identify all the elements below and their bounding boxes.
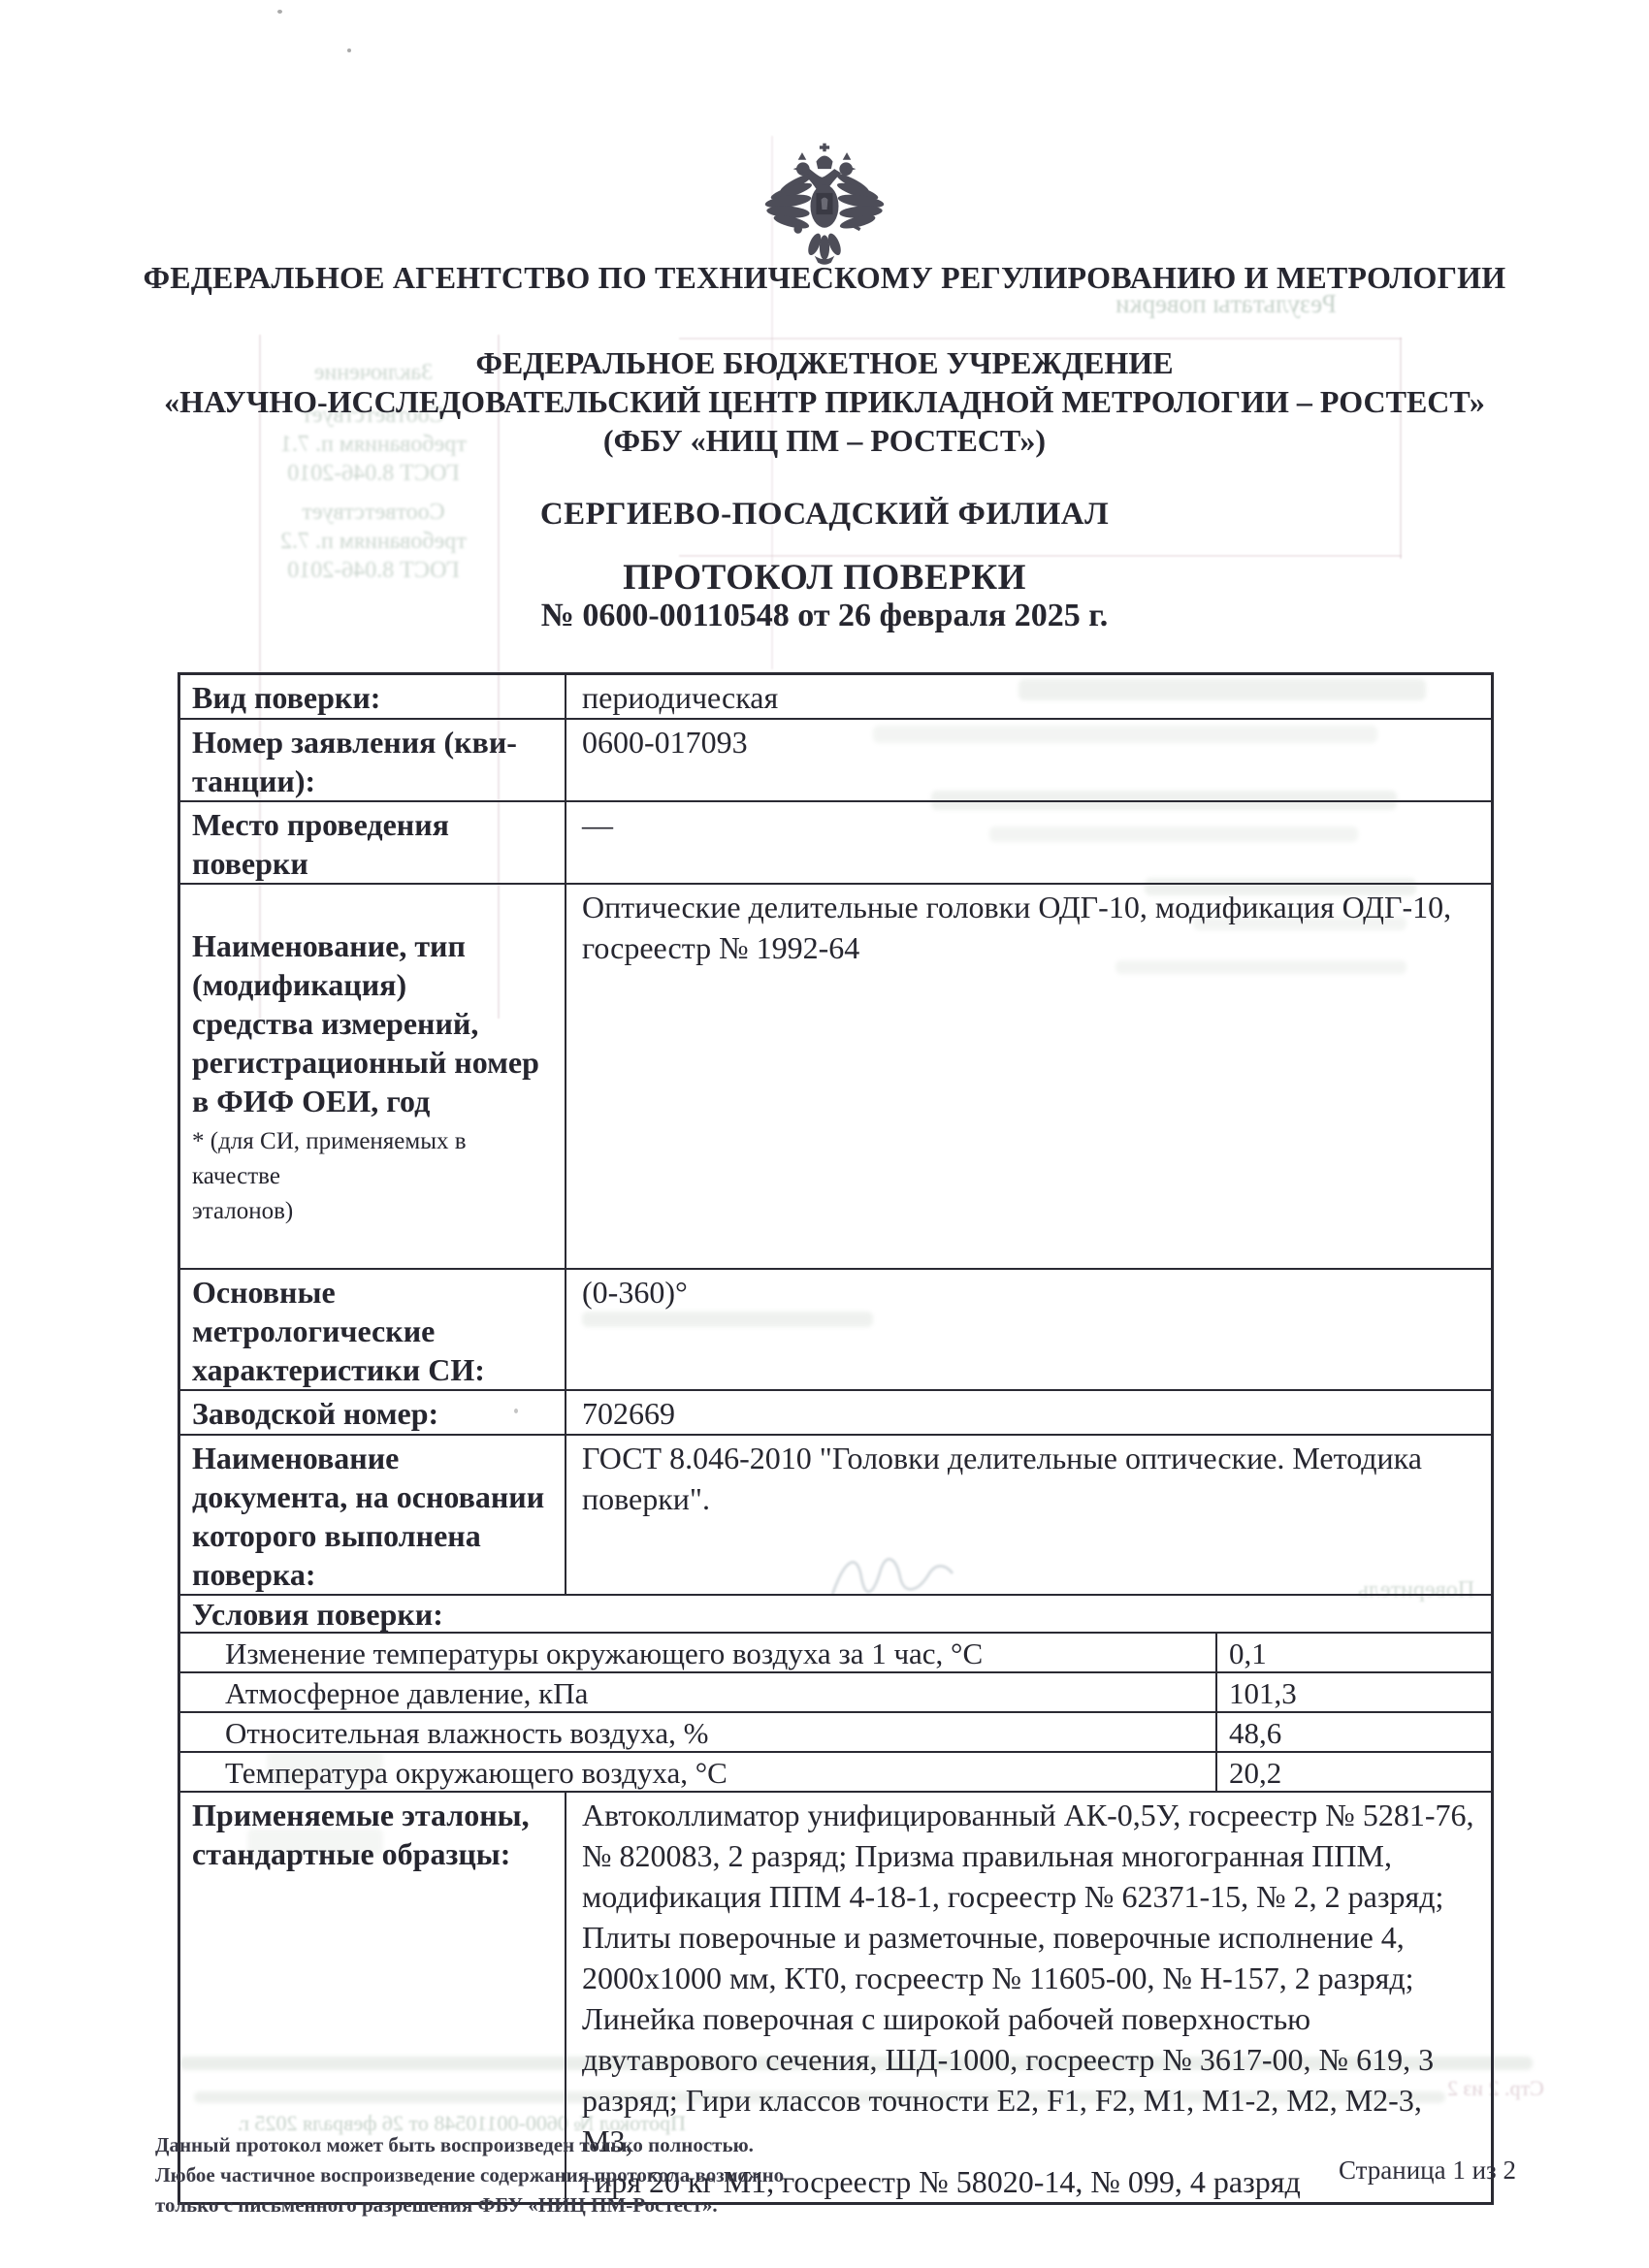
table-row: Основные метрологические характеристики …	[180, 1268, 1491, 1389]
condition-value: 0,1	[1217, 1634, 1491, 1671]
row-label: Основные метрологические характеристики …	[180, 1270, 566, 1389]
conditions-header-row: Условия поверки:	[180, 1594, 1491, 1632]
table-row: Вид поверки: периодическая	[180, 675, 1491, 718]
row-value: ГОСТ 8.046-2010 "Головки делительные опт…	[566, 1436, 1491, 1594]
condition-row: Атмосферное давление, кПа 101,3	[180, 1671, 1491, 1711]
rosstandart-eagle-emblem-icon	[764, 142, 885, 266]
organization-line-1: ФЕДЕРАЛЬНОЕ БЮДЖЕТНОЕ УЧРЕЖДЕНИЕ	[0, 345, 1649, 381]
row-value: 0600-017093	[566, 720, 1491, 800]
table-row: Заводской номер: 702669	[180, 1389, 1491, 1434]
condition-label: Относительная влажность воздуха, %	[180, 1713, 1217, 1751]
scan-speck	[277, 10, 282, 14]
condition-value: 101,3	[1217, 1673, 1491, 1711]
page-number: Страница 1 из 2	[1339, 2155, 1516, 2186]
table-row: Наименование, тип (модификация) средства…	[180, 883, 1491, 1268]
condition-row: Относительная влажность воздуха, % 48,6	[180, 1711, 1491, 1751]
row-label: Место проведения поверки	[180, 802, 566, 883]
row-label: Номер заявления (кви- танции):	[180, 720, 566, 800]
table-row: Место проведения поверки —	[180, 800, 1491, 883]
row-label: Наименование, тип (модификация) средства…	[180, 885, 566, 1268]
document-title: ПРОТОКОЛ ПОВЕРКИ	[0, 557, 1649, 599]
condition-value: 48,6	[1217, 1713, 1491, 1751]
row-label: Заводской номер:	[180, 1391, 566, 1434]
footer-line-2: Любое частичное воспроизведение содержан…	[155, 2160, 1028, 2190]
row-value: —	[566, 802, 1491, 883]
organization-line-3: (ФБУ «НИЦ ПМ – РОСТЕСТ»)	[0, 423, 1649, 459]
row-value: 702669	[566, 1391, 1491, 1434]
row-value: Оптические делительные головки ОДГ-10, м…	[566, 885, 1491, 1268]
condition-value: 20,2	[1217, 1753, 1491, 1791]
bleed-through-line	[679, 338, 1402, 340]
row-value: (0-360)°	[566, 1270, 1491, 1389]
condition-label: Атмосферное давление, кПа	[180, 1673, 1217, 1711]
row-label-note: * (для СИ, применяемых в качестве эталон…	[192, 1124, 557, 1229]
organization-line-2: «НАУЧНО-ИССЛЕДОВАТЕЛЬСКИЙ ЦЕНТР ПРИКЛАДН…	[0, 384, 1649, 420]
bleed-through-line-text: требованиям п. 7.2	[280, 530, 467, 553]
condition-row: Изменение температуры окружающего воздух…	[180, 1632, 1491, 1671]
conditions-header: Условия поверки:	[180, 1596, 1491, 1632]
condition-label: Изменение температуры окружающего воздух…	[180, 1634, 1217, 1671]
footer-line-1: Данный протокол может быть воспроизведен…	[155, 2130, 1028, 2160]
condition-label: Температура окружающего воздуха, °С	[180, 1753, 1217, 1791]
agency-title: ФЕДЕРАЛЬНОЕ АГЕНТСТВО ПО ТЕХНИЧЕСКОМУ РЕ…	[0, 260, 1649, 296]
row-label: Наименование документа, на основании кот…	[180, 1436, 566, 1594]
table-row: Наименование документа, на основании кот…	[180, 1434, 1491, 1594]
condition-row: Температура окружающего воздуха, °С 20,2	[180, 1751, 1491, 1791]
row-label-text: Наименование, тип (модификация) средства…	[192, 928, 539, 1118]
footer-copyright-note: Данный протокол может быть воспроизведен…	[155, 2130, 1028, 2220]
scanned-verification-protocol-page: Результаты поверки Заключение Соответств…	[0, 0, 1649, 2268]
protocol-table: Вид поверки: периодическая Номер заявлен…	[178, 672, 1494, 2205]
bleed-through-line-text: ГОСТ 8.046-2010	[287, 462, 460, 485]
row-value: периодическая	[566, 675, 1491, 718]
table-row: Номер заявления (кви- танции): 0600-0170…	[180, 718, 1491, 800]
scan-speck	[347, 49, 351, 52]
row-label: Вид поверки:	[180, 675, 566, 718]
document-number-date: № 0600-00110548 от 26 февраля 2025 г.	[0, 598, 1649, 634]
branch-name: СЕРГИЕВО-ПОСАДСКИЙ ФИЛИАЛ	[0, 497, 1649, 533]
footer-line-3: только с письменного разрешения ФБУ «НИЦ…	[155, 2190, 1028, 2220]
